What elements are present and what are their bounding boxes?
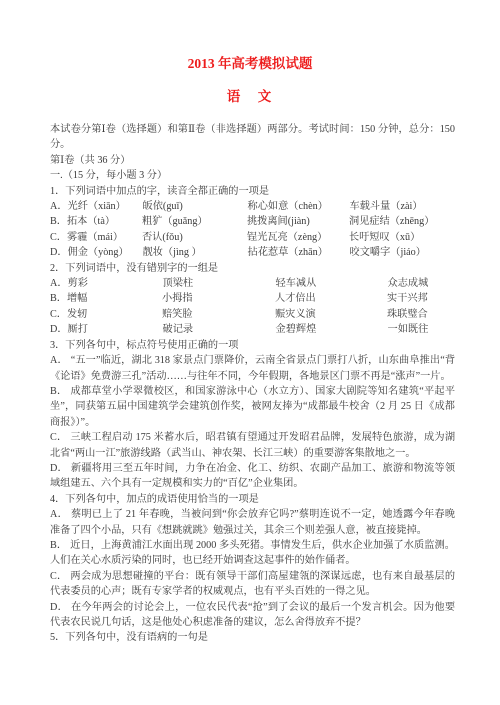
question-2-option-a: A． 剪彩 顶梁柱 轻车减从 众志成城 <box>50 276 455 291</box>
question-4-option-a: A．蔡明已上了 21 年春晚，当被问到“你会放弃它吗?”蔡明连说不一定，她透露今… <box>50 507 455 538</box>
option-label: A． <box>50 199 68 214</box>
option-word: 一如既往 <box>388 322 455 337</box>
option-word: 人才倍出 <box>275 291 387 306</box>
option-word: 锃光瓦亮（zèng） <box>247 230 349 245</box>
option-word: 剪彩 <box>68 276 163 291</box>
question-1-stem: 1．下列词语中加点的字，读音全都正确的一项是 <box>50 184 455 199</box>
option-word: 皈依(guī) <box>143 199 248 214</box>
option-text: “五一”临近，湖北 318 家景点门票降价，云南全省景点门票打八折，山东曲阜推出… <box>50 355 455 381</box>
section-heading: 一.（15 分，每小题 3 分） <box>50 168 455 183</box>
question-3-option-a: A．“五一”临近，湖北 318 家景点门票降价，云南全省景点门票打八折，山东曲阜… <box>50 353 455 384</box>
question-1-option-c: C． 雾霾（mái） 否认(fǒu) 锃光瓦亮（zèng） 长吁短叹（xū） <box>50 230 455 245</box>
option-label: D． <box>50 245 68 260</box>
option-word: 雾霾（mái） <box>67 230 142 245</box>
option-word: 长吁短叹（xū） <box>349 230 455 245</box>
option-word: 车载斗量（zài） <box>350 199 455 214</box>
question-4-stem: 4．下列各句中，加点的成语使用恰当的一项是 <box>50 492 455 507</box>
question-3-option-d: D．新疆将用三至五年时间，力争在冶金、化工、纺织、农副产品加工、旅游和物流等领域… <box>50 461 455 492</box>
question-3-option-b: B．成都草堂小学翠微校区，和国家游泳中心（水立方）、国家大剧院等知名建筑“平起平… <box>50 384 455 430</box>
option-label: D． <box>50 602 71 613</box>
option-label: D． <box>50 463 71 474</box>
option-label: C． <box>50 571 70 582</box>
option-label: B． <box>50 386 70 397</box>
option-word: 珠联璧合 <box>387 307 455 322</box>
exam-intro: 本试卷分第Ⅰ卷（选择题）和第Ⅱ卷（非选择题）两部分。考试时间：150 分钟，总分… <box>50 122 455 153</box>
option-word: 赈灾义演 <box>275 307 387 322</box>
question-2-option-d: D． 厮打 破记录 金碧辉煌 一如既往 <box>50 322 455 337</box>
option-word: 发轫 <box>67 307 162 322</box>
option-word: 光纤（xiān） <box>68 199 143 214</box>
option-word: 破记录 <box>163 322 276 337</box>
part-heading: 第Ⅰ卷（共 36 分） <box>50 153 455 168</box>
exam-title: 2013 年高考模拟试题 <box>0 0 500 72</box>
question-2-stem: 2．下列词语中，没有错别字的一组是 <box>50 261 455 276</box>
exam-body: 本试卷分第Ⅰ卷（选择题）和第Ⅱ卷（非选择题）两部分。考试时间：150 分钟，总分… <box>0 122 500 646</box>
option-label: A． <box>50 276 68 291</box>
question-5-stem: 5．下列各句中，没有语病的一句是 <box>50 630 455 645</box>
option-word: 拓本（tà） <box>67 214 142 229</box>
option-word: 实干兴邦 <box>387 291 455 306</box>
option-word: 挑拨离间(jiàn) <box>247 214 349 229</box>
option-text: 在今年两会的讨论会上，一位农民代表“抢”到了会议的最后一个发言机会。因为他要代表… <box>50 602 455 628</box>
option-label: C． <box>50 307 67 322</box>
exam-document-page: 2013 年高考模拟试题 语 文 本试卷分第Ⅰ卷（选择题）和第Ⅱ卷（非选择题）两… <box>0 0 500 705</box>
option-text: 三峡工程启动 175 米蓄水后，昭君镇有望通过开发昭君品牌，发展特色旅游，成为湖… <box>50 432 455 458</box>
option-label: B． <box>50 291 67 306</box>
question-3-option-c: C．三峡工程启动 175 米蓄水后，昭君镇有望通过开发昭君品牌，发展特色旅游，成… <box>50 430 455 461</box>
option-word: 粗犷（guǎng） <box>142 214 247 229</box>
option-label: D． <box>50 322 68 337</box>
option-word: 洞见症结（zhēng） <box>349 214 455 229</box>
option-word: 称心如意（chèn） <box>248 199 350 214</box>
option-text: 两会成为思想碰撞的平台：既有领导干部们高屋建瓴的深谋远虑，也有来自最基层的代表委… <box>50 571 455 597</box>
option-word: 咬文嚼字（jiáo） <box>350 245 455 260</box>
question-1-option-d: D． 佣金（yòng） 靓妆（jìng ） 拈花惹草（zhān） 咬文嚼字（ji… <box>50 245 455 260</box>
option-word: 轻车减从 <box>276 276 388 291</box>
question-2-option-c: C． 发轫 赔笑脸 赈灾义演 珠联璧合 <box>50 307 455 322</box>
option-label: C． <box>50 432 70 443</box>
option-text: 新疆将用三至五年时间，力争在冶金、化工、纺织、农副产品加工、旅游和物流等领域组建… <box>50 463 455 489</box>
option-text: 成都草堂小学翠微校区，和国家游泳中心（水立方）、国家大剧院等知名建筑“平起平坐”… <box>50 386 455 428</box>
question-4-option-c: C．两会成为思想碰撞的平台：既有领导干部们高屋建瓴的深谋远虑，也有来自最基层的代… <box>50 569 455 600</box>
option-word: 众志成城 <box>388 276 455 291</box>
option-label: B． <box>50 540 70 551</box>
option-word: 厮打 <box>68 322 163 337</box>
option-word: 靓妆（jìng ） <box>143 245 248 260</box>
option-text: 蔡明已上了 21 年春晚，当被问到“你会放弃它吗?”蔡明连说不一定，她透露今年春… <box>50 509 455 535</box>
option-word: 否认(fǒu) <box>142 230 247 245</box>
option-word: 佣金（yòng） <box>68 245 143 260</box>
option-text: 近日，上海黄浦江水面出现 2000 多头死猪。事情发生后，供水企业加强了水质监测… <box>50 540 455 566</box>
option-label: B． <box>50 214 67 229</box>
question-3-stem: 3．下列各句中，标点符号使用正确的一项 <box>50 338 455 353</box>
question-4-option-b: B．近日，上海黄浦江水面出现 2000 多头死猪。事情发生后，供水企业加强了水质… <box>50 538 455 569</box>
option-word: 顶梁柱 <box>163 276 276 291</box>
option-label: C． <box>50 230 67 245</box>
option-word: 小拇指 <box>162 291 275 306</box>
question-4-option-d: D．在今年两会的讨论会上，一位农民代表“抢”到了会议的最后一个发言机会。因为他要… <box>50 600 455 631</box>
option-word: 增幅 <box>67 291 162 306</box>
exam-subject: 语 文 <box>0 72 500 105</box>
question-1-option-b: B． 拓本（tà） 粗犷（guǎng） 挑拨离间(jiàn) 洞见症结（zhēn… <box>50 214 455 229</box>
option-word: 赔笑脸 <box>162 307 275 322</box>
question-1-option-a: A． 光纤（xiān） 皈依(guī) 称心如意（chèn） 车载斗量（zài） <box>50 199 455 214</box>
option-label: A． <box>50 509 71 520</box>
question-2-option-b: B． 增幅 小拇指 人才倍出 实干兴邦 <box>50 291 455 306</box>
option-label: A． <box>50 355 71 366</box>
option-word: 拈花惹草（zhān） <box>248 245 350 260</box>
option-word: 金碧辉煌 <box>276 322 388 337</box>
